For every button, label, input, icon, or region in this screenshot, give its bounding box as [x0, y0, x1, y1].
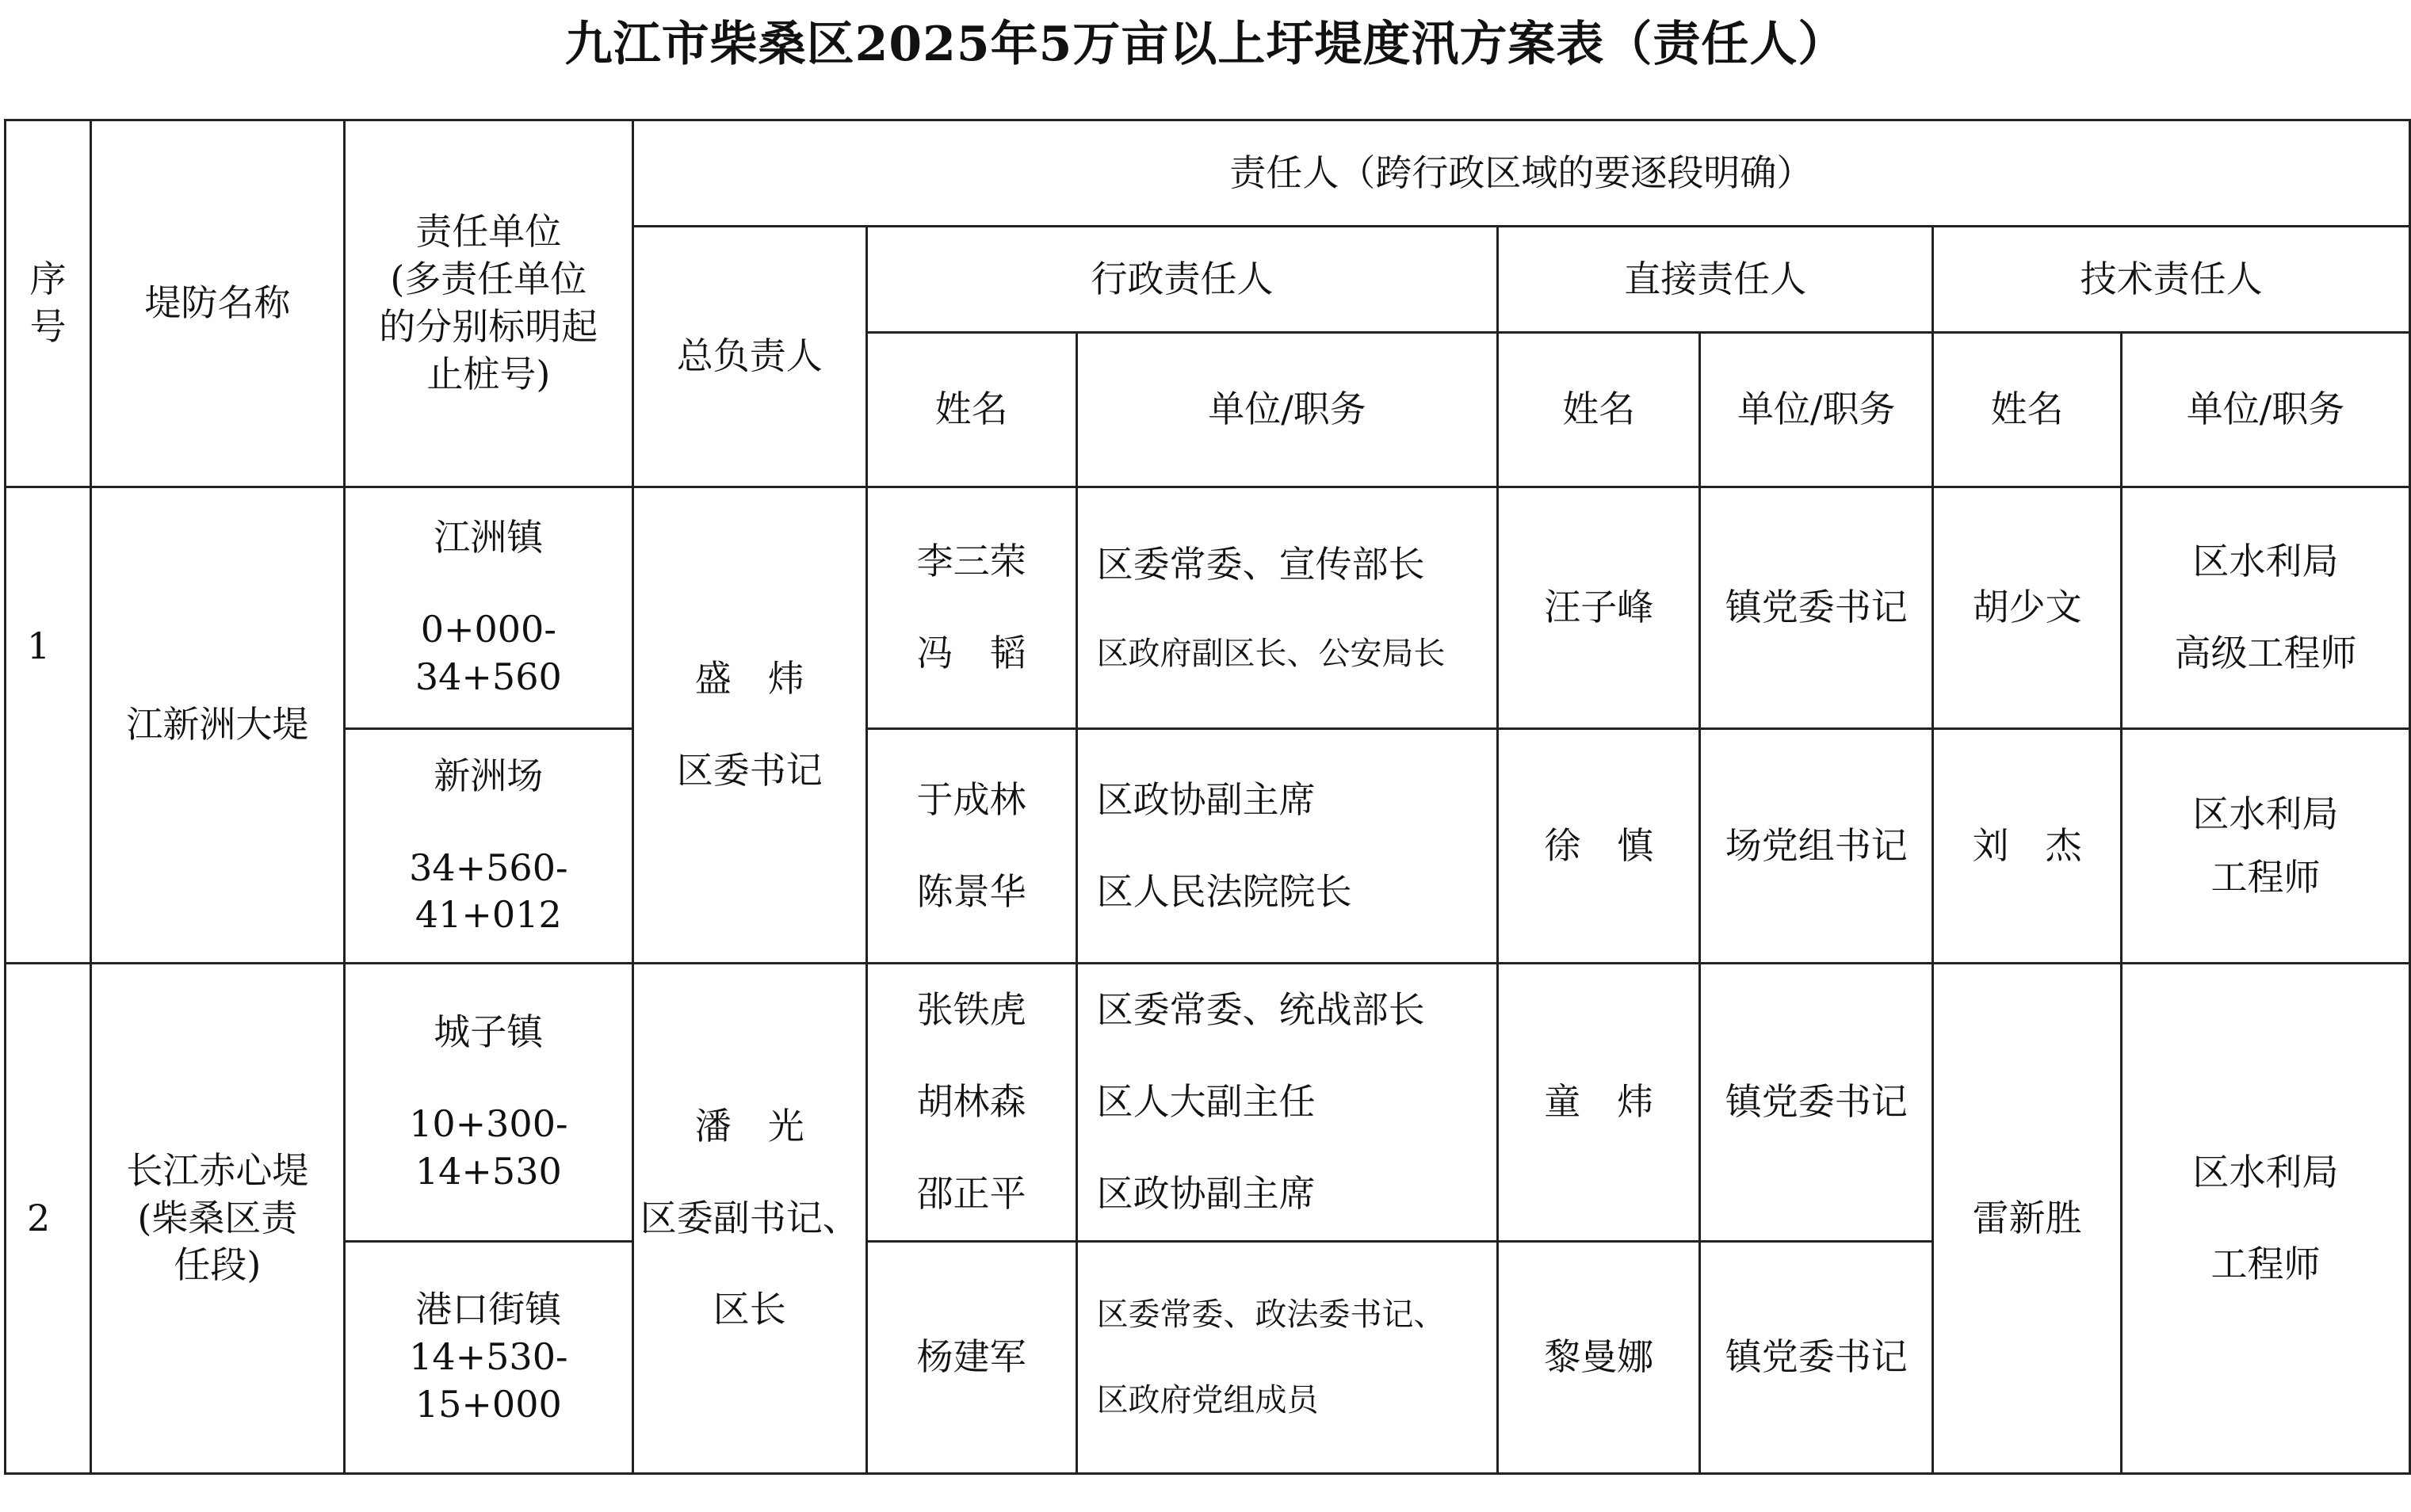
direct-post-cell: 镇党委书记	[1700, 964, 1933, 1242]
admin-name-cell: 杨建军	[866, 1242, 1076, 1474]
tech-name-cell: 刘 杰	[1933, 729, 2122, 964]
admin-post-cell: 区委常委、统战部长 区人大副主任 区政协副主席	[1076, 964, 1498, 1242]
dike-name-cell: 长江赤心堤(柴桑区责 任段)	[90, 964, 344, 1474]
tech-name-cell: 雷新胜	[1933, 964, 2122, 1474]
direct-name-cell: 徐 慎	[1498, 729, 1700, 964]
chief-cell: 盛 炜 区委书记	[632, 487, 866, 964]
unit-cell: 江洲镇 0+000-34+560	[344, 487, 632, 729]
admin-name-cell: 李三荣 冯 韬	[866, 487, 1076, 729]
direct-post-cell: 镇党委书记	[1700, 487, 1933, 729]
table-row: 1 江新洲大堤 江洲镇 0+000-34+560 盛 炜 区委书记 李三荣 冯 …	[6, 487, 2410, 729]
direct-post-cell: 镇党委书记	[1700, 1242, 1933, 1474]
admin-post-cell: 区委常委、政法委书记、 区政府党组成员	[1076, 1242, 1498, 1474]
header-seq: 序号	[6, 120, 91, 487]
page-title: 九江市柴桑区2025年5万亩以上圩堤度汛方案表（责任人）	[0, 6, 2411, 74]
header-tech-name: 姓名	[1933, 333, 2122, 487]
header-dike-name: 堤防名称	[90, 120, 344, 487]
header-direct: 直接责任人	[1498, 227, 1933, 333]
responsibility-table: 序号 堤防名称 责任单位(多责任单位 的分别标明起止桩号) 责任人（跨行政区域的…	[4, 119, 2411, 1475]
table-row: 新洲场 34+560-41+012 于成林 陈景华 区政协副主席 区人民法院院长…	[6, 729, 2410, 964]
chief-cell: 潘 光 区委副书记、 区长	[632, 964, 866, 1474]
dike-name-cell: 江新洲大堤	[90, 487, 344, 964]
tech-post-cell: 区水利局 工程师	[2122, 729, 2410, 964]
unit-cell: 新洲场 34+560-41+012	[344, 729, 632, 964]
seq-cell: 2	[6, 964, 91, 1474]
header-chief: 总负责人	[632, 227, 866, 487]
header-responsible-group: 责任人（跨行政区域的要逐段明确）	[632, 120, 2409, 227]
header-admin-post: 单位/职务	[1076, 333, 1498, 487]
header-admin: 行政责任人	[866, 227, 1498, 333]
admin-name-cell: 于成林 陈景华	[866, 729, 1076, 964]
admin-post-cell: 区政协副主席 区人民法院院长	[1076, 729, 1498, 964]
unit-cell: 城子镇 10+300-14+530	[344, 964, 632, 1242]
header-direct-name: 姓名	[1498, 333, 1700, 487]
admin-post-cell: 区委常委、宣传部长 区政府副区长、公安局长	[1076, 487, 1498, 729]
header-tech: 技术责任人	[1933, 227, 2410, 333]
unit-cell: 港口街镇 14+530-15+000	[344, 1242, 632, 1474]
table-row: 2 长江赤心堤(柴桑区责 任段) 城子镇 10+300-14+530 潘 光 区…	[6, 964, 2410, 1242]
direct-name-cell: 黎曼娜	[1498, 1242, 1700, 1474]
header-admin-name: 姓名	[866, 333, 1076, 487]
direct-post-cell: 场党组书记	[1700, 729, 1933, 964]
direct-name-cell: 童 炜	[1498, 964, 1700, 1242]
tech-name-cell: 胡少文	[1933, 487, 2122, 729]
header-tech-post: 单位/职务	[2122, 333, 2410, 487]
direct-name-cell: 汪子峰	[1498, 487, 1700, 729]
header-direct-post: 单位/职务	[1700, 333, 1933, 487]
admin-name-cell: 张铁虎 胡林森 邵正平	[866, 964, 1076, 1242]
header-unit: 责任单位(多责任单位 的分别标明起止桩号)	[344, 120, 632, 487]
seq-cell: 1	[6, 487, 91, 964]
tech-post-cell: 区水利局 高级工程师	[2122, 487, 2410, 729]
tech-post-cell: 区水利局 工程师	[2122, 964, 2410, 1474]
